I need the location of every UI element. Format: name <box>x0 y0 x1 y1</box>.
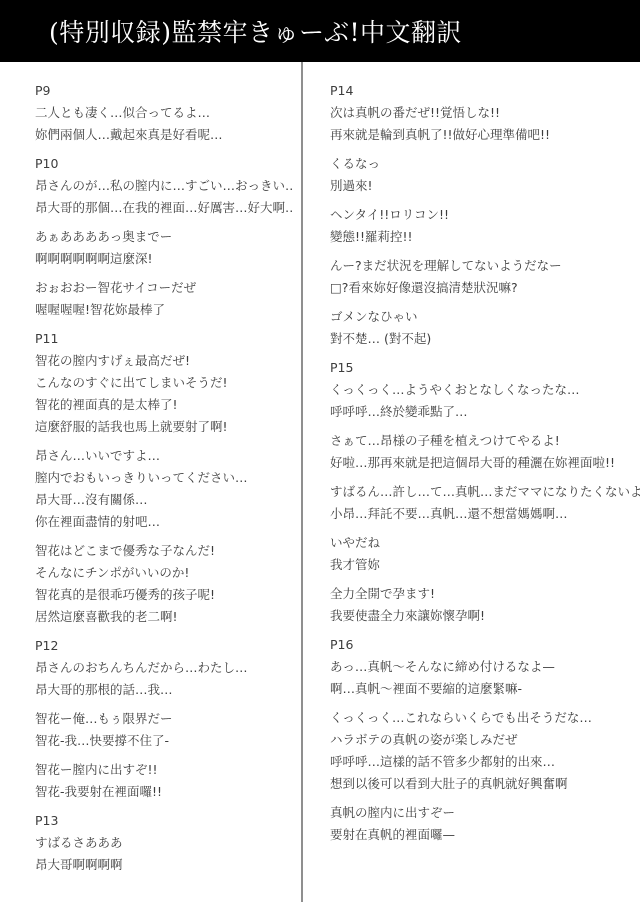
text-line: 智花-我…快要撐不住了- <box>35 730 293 752</box>
text-group: すばるん…許し…て…真帆…まだママになりたくないよ…小昂…拜託不要…真帆…還不想… <box>330 481 640 525</box>
text-line: くっくっく…これならいくらでも出そうだな… <box>330 707 640 729</box>
text-group: P14次は真帆の番だぜ!!覚悟しな!!再來就是輪到真帆了!!做好心理準備吧!! <box>330 80 640 146</box>
column-right: P14次は真帆の番だぜ!!覚悟しな!!再來就是輪到真帆了!!做好心理準備吧!!く… <box>303 62 640 902</box>
text-line: 智花真的是很乖巧優秀的孩子呢! <box>35 584 293 606</box>
page-marker: P13 <box>35 810 293 832</box>
text-group: 智花ー俺…もぅ限界だー智花-我…快要撐不住了- <box>35 708 293 752</box>
text-group: 真帆の膣内に出すぞー要射在真帆的裡面囉— <box>330 802 640 846</box>
text-line: ハラボテの真帆の姿が楽しみだぜ <box>330 729 640 751</box>
text-group: 昂さん…いいですよ…膣内でおもいっきりいってください…昂大哥…沒有關係…你在裡面… <box>35 445 293 533</box>
text-line: さぁて…昂様の子種を植えつけてやるよ! <box>330 430 640 452</box>
text-line: 膣内でおもいっきりいってください… <box>35 467 293 489</box>
text-line: 好啦…那再來就是把這個昂大哥的種灑在妳裡面啦!! <box>330 452 640 474</box>
text-line: いやだね <box>330 532 640 554</box>
text-group: ゴメンなひゃい對不楚… (對不起) <box>330 306 640 350</box>
text-line: 喔喔喔喔!智花妳最棒了 <box>35 299 293 321</box>
text-group: P16あっ…真帆〜そんなに締め付けるなよ—啊…真帆〜裡面不要縮的這麼緊嘛- <box>330 634 640 700</box>
text-line: 我才管妳 <box>330 554 640 576</box>
text-line: 智花の膣内すげぇ最高だぜ! <box>35 350 293 372</box>
text-line: おぉおおー智花サイコーだぜ <box>35 277 293 299</box>
document-page: (特別収録)監禁牢きゅーぶ!中文翻訳 P9二人とも凄く…似合ってるよ…妳們兩個人… <box>0 0 640 902</box>
text-line: 昂さん…いいですよ… <box>35 445 293 467</box>
text-line: すばるん…許し…て…真帆…まだママになりたくないよ… <box>330 481 640 503</box>
column-left: P9二人とも凄く…似合ってるよ…妳們兩個人…戴起來真是好看呢…P10昂さんのが…… <box>0 62 303 902</box>
text-line: 昂大哥的那根的話…我… <box>35 679 293 701</box>
text-line: 智花-我要射在裡面囉!! <box>35 781 293 803</box>
text-line: 這麼舒服的話我也馬上就要射了啊! <box>35 416 293 438</box>
text-line: □?看來妳好像還沒搞清楚狀況嘛? <box>330 277 640 299</box>
text-line: 我要使盡全力來讓妳懷孕啊! <box>330 605 640 627</box>
text-line: 智花はどこまで優秀な子なんだ! <box>35 540 293 562</box>
text-group: P12昂さんのおちんちんだから…わたし…昂大哥的那根的話…我… <box>35 635 293 701</box>
text-group: P15くっくっく…ようやくおとなしくなったな…呼呼呼…終於變乖點了… <box>330 357 640 423</box>
text-group: 全力全開で孕ます!我要使盡全力來讓妳懷孕啊! <box>330 583 640 627</box>
text-line: ゴメンなひゃい <box>330 306 640 328</box>
text-line: 別過來! <box>330 175 640 197</box>
text-line: 想到以後可以看到大肚子的真帆就好興奮啊 <box>330 773 640 795</box>
text-line: 智花ー膣内に出すぞ!! <box>35 759 293 781</box>
text-group: くるなっ別過來! <box>330 153 640 197</box>
text-line: 二人とも凄く…似合ってるよ… <box>35 102 293 124</box>
text-line: 啊…真帆〜裡面不要縮的這麼緊嘛- <box>330 678 640 700</box>
page-marker: P14 <box>330 80 640 102</box>
text-line: 次は真帆の番だぜ!!覚悟しな!! <box>330 102 640 124</box>
text-line: 妳們兩個人…戴起來真是好看呢… <box>35 124 293 146</box>
text-group: んー?まだ状況を理解してないようだなー□?看來妳好像還沒搞清楚狀況嘛? <box>330 255 640 299</box>
text-line: 智花ー俺…もぅ限界だー <box>35 708 293 730</box>
text-group: あぁああああっ奥までー啊啊啊啊啊啊這麼深! <box>35 226 293 270</box>
text-line: すばるさあああ <box>35 832 293 854</box>
text-line: 要射在真帆的裡面囉— <box>330 824 640 846</box>
page-marker: P12 <box>35 635 293 657</box>
text-group: P10昂さんのが…私の膣内に…すごい…おっきい………昂大哥的那個…在我的裡面…好… <box>35 153 293 219</box>
text-group: さぁて…昂様の子種を植えつけてやるよ!好啦…那再來就是把這個昂大哥的種灑在妳裡面… <box>330 430 640 474</box>
text-line: ヘンタイ!!ロリコン!! <box>330 204 640 226</box>
document-content: P9二人とも凄く…似合ってるよ…妳們兩個人…戴起來真是好看呢…P10昂さんのが…… <box>0 62 640 902</box>
text-line: あぁああああっ奥までー <box>35 226 293 248</box>
page-marker: P11 <box>35 328 293 350</box>
text-line: 昂大哥的那個…在我的裡面…好厲害…好大啊……… <box>35 197 293 219</box>
text-line: 呼呼呼…終於變乖點了… <box>330 401 640 423</box>
text-group: くっくっく…これならいくらでも出そうだな…ハラボテの真帆の姿が楽しみだぜ呼呼呼…… <box>330 707 640 795</box>
text-group: P11智花の膣内すげぇ最高だぜ!こんなのすぐに出てしまいそうだ!智花的裡面真的是… <box>35 328 293 438</box>
document-title-bar: (特別収録)監禁牢きゅーぶ!中文翻訳 <box>0 0 640 62</box>
page-marker: P16 <box>330 634 640 656</box>
text-line: 你在裡面盡情的射吧… <box>35 511 293 533</box>
text-line: 智花的裡面真的是太棒了! <box>35 394 293 416</box>
text-line: 啊啊啊啊啊啊這麼深! <box>35 248 293 270</box>
text-group: おぉおおー智花サイコーだぜ喔喔喔喔!智花妳最棒了 <box>35 277 293 321</box>
text-line: 呼呼呼…這樣的話不管多少都射的出來… <box>330 751 640 773</box>
text-line: 對不楚… (對不起) <box>330 328 640 350</box>
text-line: 昂さんのが…私の膣内に…すごい…おっきい……… <box>35 175 293 197</box>
text-group: 智花ー膣内に出すぞ!!智花-我要射在裡面囉!! <box>35 759 293 803</box>
text-line: あっ…真帆〜そんなに締め付けるなよ— <box>330 656 640 678</box>
page-marker: P9 <box>35 80 293 102</box>
text-line: 昂大哥啊啊啊啊 <box>35 854 293 876</box>
text-line: 再來就是輪到真帆了!!做好心理準備吧!! <box>330 124 640 146</box>
text-line: 變態!!羅莉控!! <box>330 226 640 248</box>
document-title: (特別収録)監禁牢きゅーぶ!中文翻訳 <box>0 13 462 49</box>
text-line: くっくっく…ようやくおとなしくなったな… <box>330 379 640 401</box>
page-marker: P10 <box>35 153 293 175</box>
text-line: んー?まだ状況を理解してないようだなー <box>330 255 640 277</box>
text-line: くるなっ <box>330 153 640 175</box>
text-line: 全力全開で孕ます! <box>330 583 640 605</box>
page-marker: P15 <box>330 357 640 379</box>
text-line: 居然這麼喜歡我的老二啊! <box>35 606 293 628</box>
text-group: 智花はどこまで優秀な子なんだ!そんなにチンポがいいのか!智花真的是很乖巧優秀的孩… <box>35 540 293 628</box>
text-line: 昂大哥…沒有關係… <box>35 489 293 511</box>
text-group: P13すばるさあああ昂大哥啊啊啊啊 <box>35 810 293 876</box>
text-group: ヘンタイ!!ロリコン!!變態!!羅莉控!! <box>330 204 640 248</box>
text-line: こんなのすぐに出てしまいそうだ! <box>35 372 293 394</box>
text-line: 昂さんのおちんちんだから…わたし… <box>35 657 293 679</box>
text-line: 小昂…拜託不要…真帆…還不想當媽媽啊… <box>330 503 640 525</box>
text-group: P9二人とも凄く…似合ってるよ…妳們兩個人…戴起來真是好看呢… <box>35 80 293 146</box>
text-group: いやだね我才管妳 <box>330 532 640 576</box>
text-line: そんなにチンポがいいのか! <box>35 562 293 584</box>
text-line: 真帆の膣内に出すぞー <box>330 802 640 824</box>
